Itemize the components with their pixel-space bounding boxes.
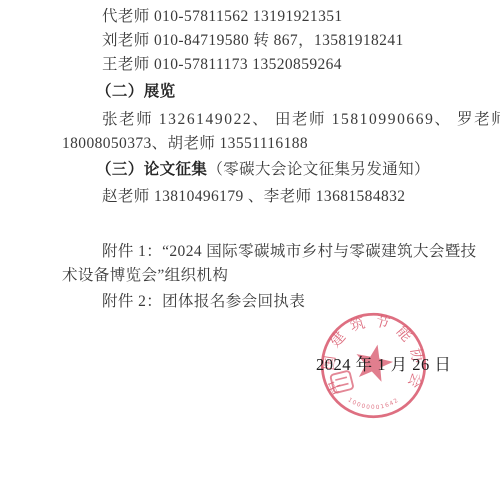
- papers-contacts-line: 赵老师 13810496179 、李老师 13681584832: [102, 187, 405, 207]
- phone-line: 代老师 010-57811562 13191921351: [102, 7, 343, 27]
- phone-line: 王老师 010-57811173 13520859264: [102, 55, 342, 75]
- section-heading-papers: （三）论文征集（零碳大会论文征集另发通知）: [96, 160, 430, 180]
- phone-line: 刘老师 010-84719580 转 867，13581918241: [102, 31, 404, 51]
- attachment-1-line-2: 术设备博览会”组织机构: [62, 266, 228, 286]
- section-heading-papers-note: （零碳大会论文征集另发通知）: [207, 161, 430, 178]
- section-heading-exhibition: （二）展览: [96, 82, 176, 102]
- attachment-1-line-1: 附件 1：“2024 国际零碳城市乡村与零碳建筑大会暨技: [102, 242, 477, 262]
- document-page: 代老师 010-57811562 13191921351 刘老师 010-847…: [0, 0, 500, 489]
- issue-date: 2024 年 1 月 26 日: [316, 355, 451, 375]
- exhibition-contacts-line: 18008050373、胡老师 13551116188: [62, 134, 308, 154]
- section-heading-papers-label: （三）论文征集: [96, 161, 207, 178]
- attachment-2-line: 附件 2：团体报名参会回执表: [102, 292, 305, 312]
- exhibition-contacts-line: 张老师 1326149022、 田老师 15810990669、 罗老师: [102, 110, 500, 130]
